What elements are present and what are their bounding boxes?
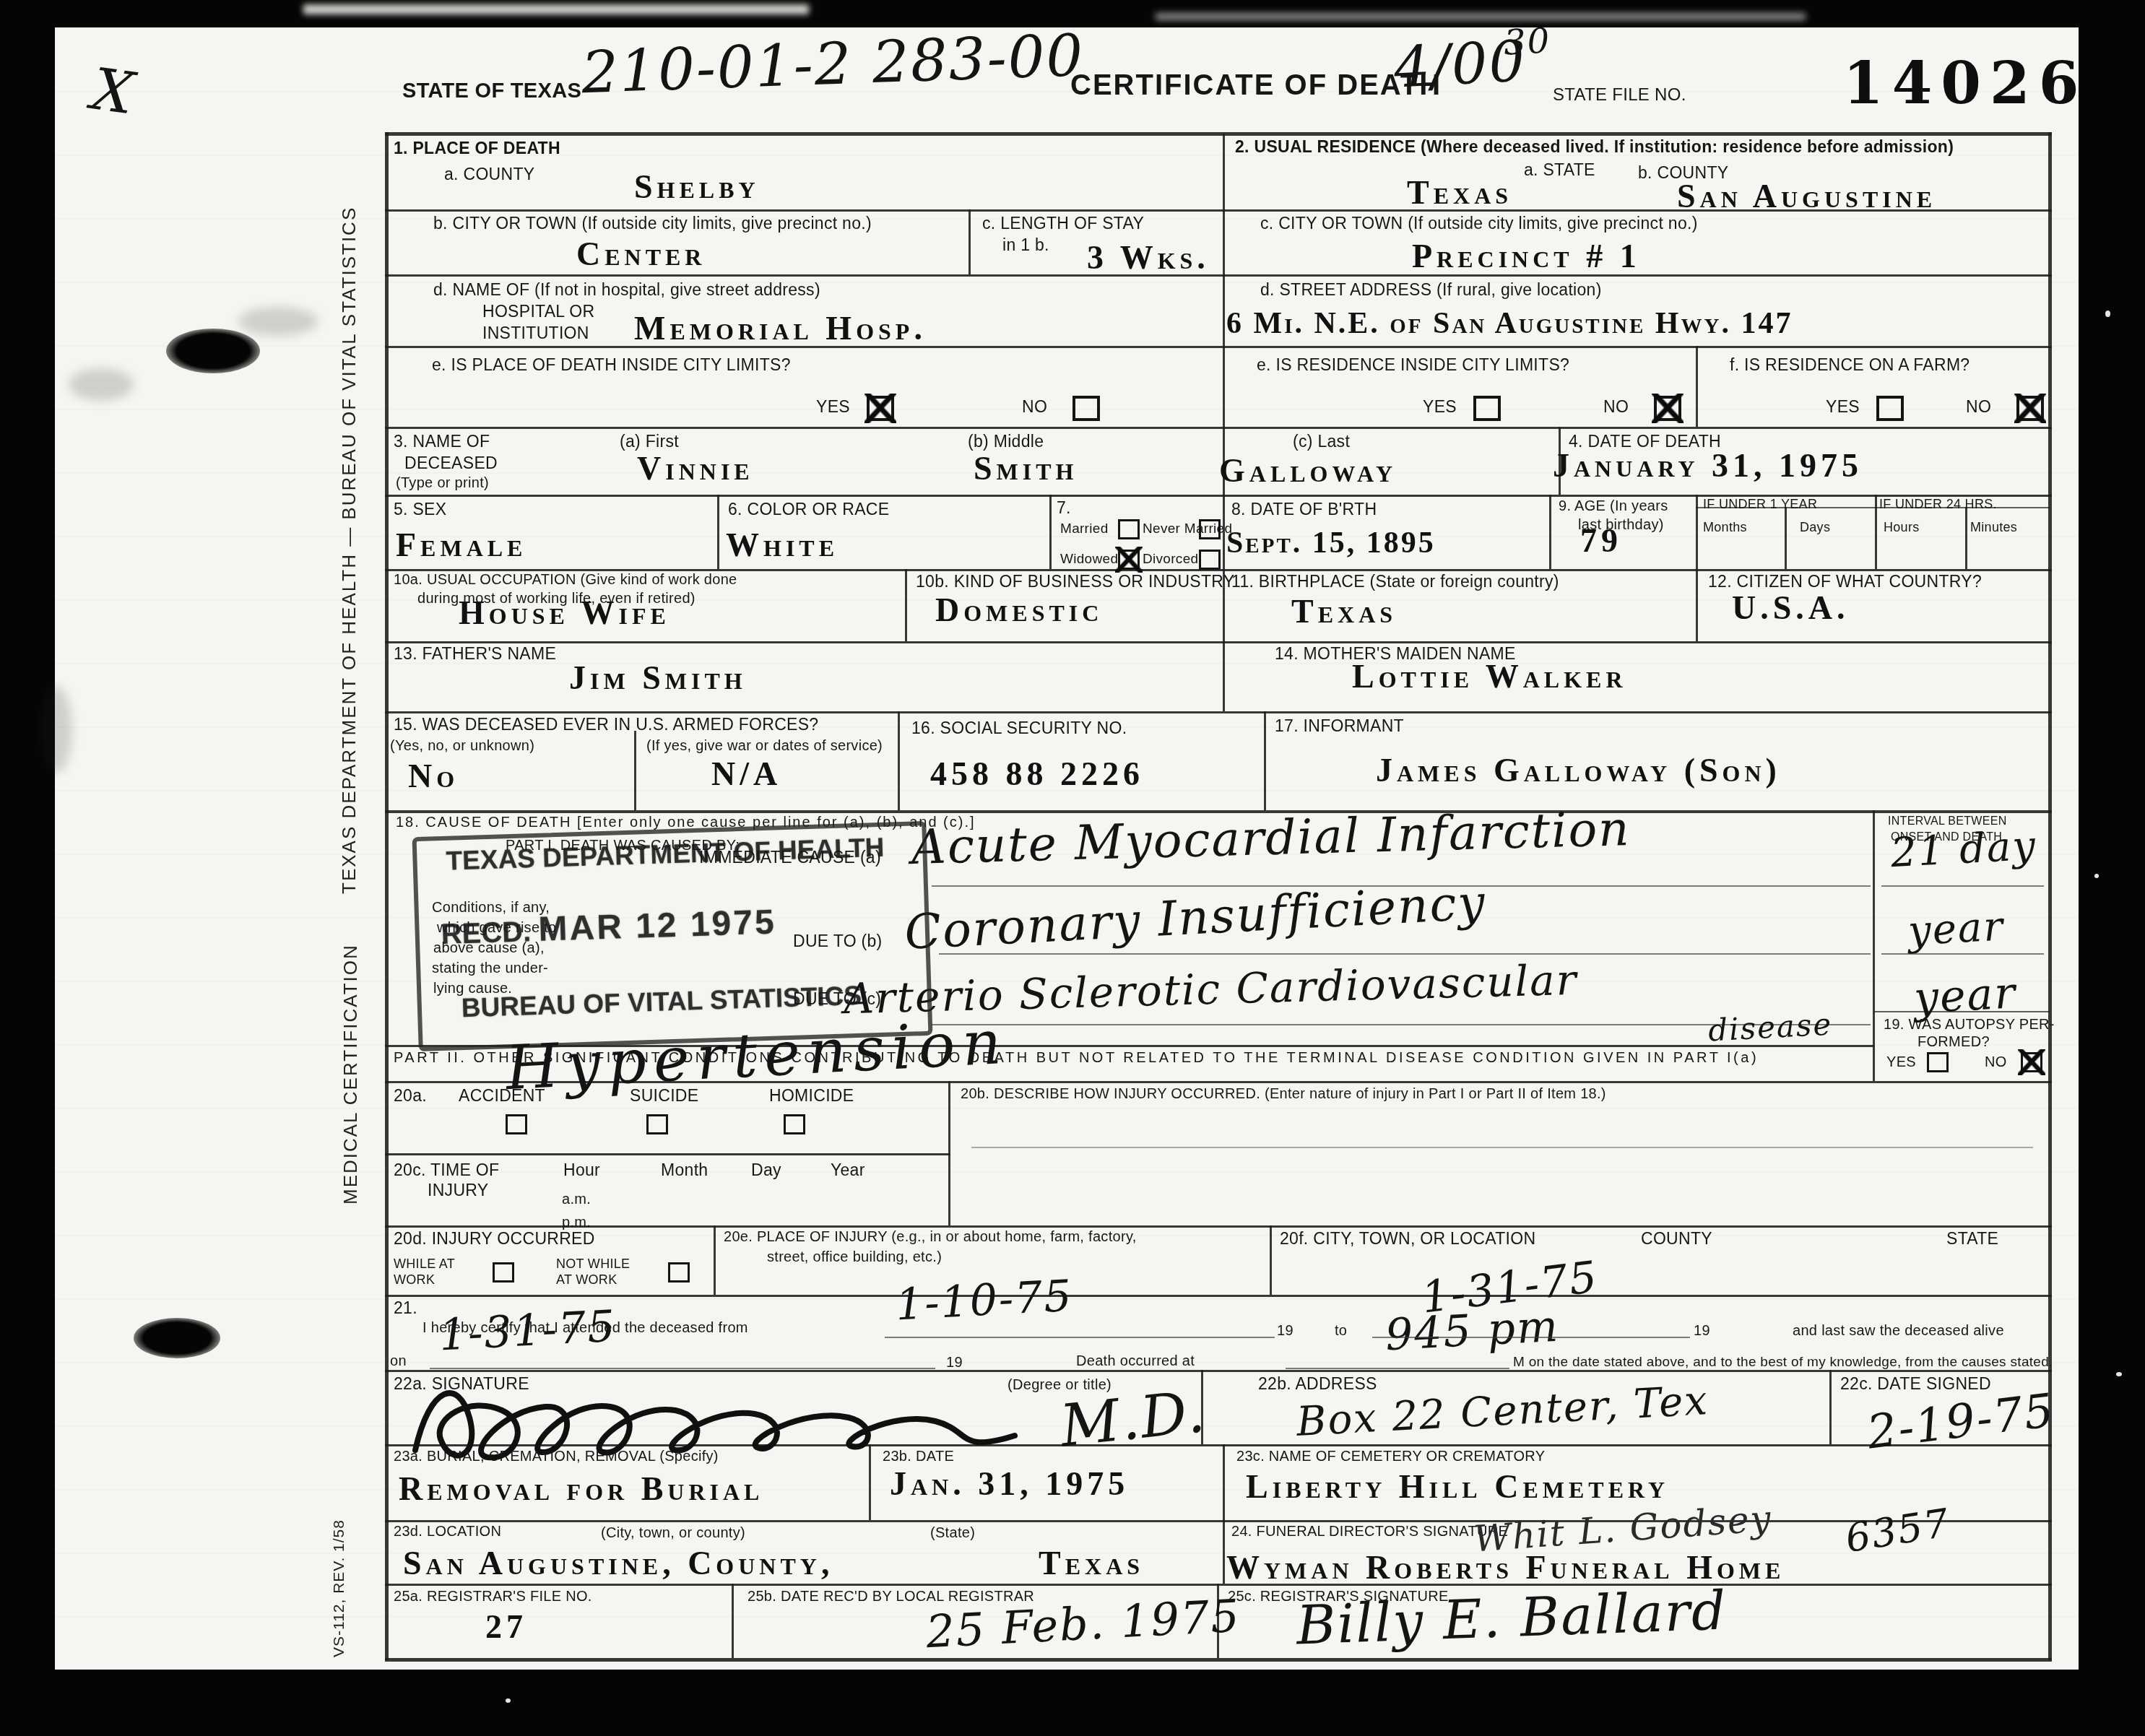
armed-forces-sub1: (Yes, no, or unknown) — [390, 738, 534, 755]
business-industry-label: 10b. KIND OF BUSINESS OR INDUSTRY — [916, 572, 1234, 591]
interval-a-handwritten: 21 day — [1889, 823, 2037, 877]
if-under-24-hrs-label: IF UNDER 24 HRS. — [1879, 497, 1997, 511]
am-label: a.m. — [562, 1192, 591, 1208]
day-label: Day — [751, 1160, 781, 1180]
smudge — [40, 686, 72, 773]
no-label: NO — [1985, 1054, 2007, 1071]
residence-city-limits-yes-checkbox — [1473, 396, 1501, 421]
residence-county-value: San Augustine — [1677, 177, 1936, 215]
physician-address-label: 22b. ADDRESS — [1258, 1374, 1377, 1394]
handwritten-fee-superscript: 30 — [1503, 20, 1552, 63]
interval-b-handwritten: year — [1907, 903, 2005, 955]
date-of-death-value: January 31, 1975 — [1553, 446, 1863, 485]
punch-hole — [166, 329, 260, 373]
suicide-label: SUICIDE — [630, 1086, 698, 1106]
not-while-at-work-checkbox — [668, 1262, 690, 1283]
first-name-value: Vinnie — [637, 449, 754, 487]
certificate-title: CERTIFICATE OF DEATH — [1070, 69, 1442, 102]
informant-value: James Galloway (Son) — [1376, 751, 1781, 789]
cemetery-label: 23c. NAME OF CEMETERY OR CREMATORY — [1236, 1449, 1545, 1465]
residence-city-limits-no-checkbox — [1654, 396, 1681, 421]
minutes-label: Minutes — [1970, 520, 2017, 534]
mother-name-value: Lottie Walker — [1352, 657, 1627, 695]
place-of-injury-label2: street, office building, etc.) — [767, 1249, 942, 1266]
smudge — [69, 368, 134, 401]
state-of-texas-label: STATE OF TEXAS — [402, 79, 581, 103]
residence-farm-yes-checkbox — [1876, 396, 1904, 421]
married-checkbox — [1118, 519, 1140, 539]
state-file-number: 14026 — [1843, 49, 2087, 117]
not-while-at-work-label1: NOT WHILE — [556, 1257, 630, 1271]
registrar-file-no-value: 27 — [485, 1607, 527, 1646]
autopsy-label1: 19. WAS AUTOPSY PER- — [1884, 1017, 2055, 1033]
attended-from-handwritten: 1-10-75 — [894, 1271, 1074, 1331]
armed-forces-service-value: N/A — [711, 755, 781, 793]
last-name-label: (c) Last — [1293, 432, 1350, 451]
location-sublabel2: (State) — [930, 1525, 975, 1542]
length-of-stay-label: c. LENGTH OF STAY — [982, 214, 1144, 233]
street-address-label: d. STREET ADDRESS (If rural, give locati… — [1260, 280, 1602, 300]
autopsy-no-checkbox — [2021, 1052, 2042, 1072]
scan-speck — [2105, 311, 2110, 317]
homicide-label: HOMICIDE — [769, 1086, 854, 1106]
sex-value: Female — [396, 526, 526, 564]
stamp-line1: TEXAS DEPARTMENT OF HEALTH — [446, 833, 885, 877]
registrar-file-no-label: 25a. REGISTRAR'S FILE NO. — [394, 1589, 592, 1605]
married-label: Married — [1060, 521, 1109, 537]
yes-label: YES — [1826, 397, 1860, 417]
interval-c-handwritten: year — [1912, 968, 2017, 1023]
autopsy-yes-checkbox — [1927, 1052, 1949, 1072]
street-address-value: 6 Mi. N.E. of San Augustine Hwy. 147 — [1226, 306, 1793, 341]
ssn-label: 16. SOCIAL SECURITY NO. — [911, 719, 1127, 738]
scan-streak — [303, 4, 809, 14]
location-value: San Augustine, County, — [403, 1544, 833, 1582]
state-file-no-label: STATE FILE NO. — [1553, 85, 1686, 105]
hospital-value: Memorial Hosp. — [634, 309, 927, 347]
while-at-work-checkbox — [493, 1262, 514, 1283]
accident-checkbox — [506, 1114, 527, 1134]
county-value: Shelby — [634, 168, 760, 206]
scan-speck — [2094, 874, 2099, 878]
form-number-label: VS-112, REV. 1/58 — [331, 1519, 348, 1657]
age-value: 79 — [1580, 521, 1622, 560]
residence-farm-label: f. IS RESIDENCE ON A FARM? — [1730, 355, 1969, 375]
year-label: Year — [831, 1160, 865, 1180]
time-of-death-handwritten: 945 pm — [1384, 1301, 1560, 1361]
residence-city-limits-label: e. IS RESIDENCE INSIDE CITY LIMITS? — [1257, 355, 1569, 375]
place-city-limits-label: e. IS PLACE OF DEATH INSIDE CITY LIMITS? — [432, 355, 791, 375]
margin-department-label: TEXAS DEPARTMENT OF HEALTH — BUREAU OF V… — [338, 207, 360, 894]
father-name-value: Jim Smith — [569, 659, 747, 697]
certify-to: to — [1335, 1323, 1347, 1340]
burial-date-value: Jan. 31, 1975 — [890, 1464, 1129, 1503]
residence-farm-no-checkbox — [2016, 396, 2044, 421]
accident-label: ACCIDENT — [459, 1086, 545, 1106]
cause-c-handwritten-2: disease — [1707, 1007, 1834, 1049]
funeral-director-label: 24. FUNERAL DIRECTOR'S SIGNATURE — [1231, 1524, 1508, 1540]
margin-medical-certification-label: MEDICAL CERTIFICATION — [339, 944, 362, 1205]
smudge — [238, 307, 318, 336]
hospital-label2: HOSPITAL OR — [482, 302, 594, 321]
citizen-value: U.S.A. — [1732, 589, 1850, 627]
certify-19b: 19 — [1694, 1323, 1710, 1340]
scanned-death-certificate: X TEXAS DEPARTMENT OF HEALTH — BUREAU OF… — [0, 0, 2145, 1736]
homicide-checkbox — [784, 1114, 805, 1134]
place-of-injury-label1: 20e. PLACE OF INJURY (e.g., in or about … — [724, 1229, 1137, 1246]
age-label1: 9. AGE (In years — [1559, 498, 1668, 515]
business-industry-value: Domestic — [935, 591, 1103, 629]
scan-speck — [2116, 1372, 2122, 1376]
no-label: NO — [1603, 397, 1629, 417]
hospital-label3: INSTITUTION — [482, 324, 589, 343]
marital-status-label: 7. — [1057, 498, 1071, 518]
hospital-label: d. NAME OF (If not in hospital, give str… — [433, 280, 820, 300]
widowed-checkbox — [1118, 550, 1140, 570]
months-label: Months — [1703, 520, 1747, 534]
name-of-deceased-label3: (Type or print) — [396, 475, 489, 492]
scan-edge-bottom — [0, 1670, 2145, 1736]
city-town-value: Center — [576, 235, 706, 273]
section2-title: 2. USUAL RESIDENCE (Where deceased lived… — [1235, 137, 1954, 157]
yes-label: YES — [816, 397, 850, 417]
widowed-label: Widowed — [1060, 552, 1118, 568]
burial-removal-value: Removal for Burial — [399, 1470, 763, 1508]
scan-edge-left — [0, 0, 55, 1736]
armed-forces-label: 15. WAS DECEASED EVER IN U.S. ARMED FORC… — [394, 715, 818, 734]
20a-label: 20a. — [394, 1086, 427, 1106]
if-under-1-year-label: IF UNDER 1 YEAR — [1703, 497, 1817, 511]
stamp-recd: RECD. — [441, 916, 532, 951]
while-at-work-label2: WORK — [394, 1272, 435, 1287]
armed-forces-value: No — [408, 757, 459, 795]
death-occurred-at-label: Death occurred at — [1076, 1353, 1195, 1370]
residence-city-value: Precinct # 1 — [1412, 237, 1641, 275]
divorced-checkbox — [1199, 550, 1221, 570]
suicide-checkbox — [646, 1114, 668, 1134]
city-town-label: b. CITY OR TOWN (If outside city limits,… — [433, 214, 872, 233]
scan-streak — [1156, 13, 1806, 20]
length-of-stay-sublabel: in 1 b. — [1002, 235, 1049, 255]
time-of-injury-label1: 20c. TIME OF — [394, 1160, 499, 1180]
middle-name-value: Smith — [974, 449, 1078, 487]
yes-label: YES — [1886, 1054, 1916, 1071]
name-of-deceased-label1: 3. NAME OF — [394, 432, 490, 451]
residence-state-value: Texas — [1407, 173, 1512, 212]
occupation-label: 10a. USUAL OCCUPATION (Give kind of work… — [394, 572, 737, 589]
certify-text-4: M on the date stated above, and to the b… — [1513, 1355, 2053, 1371]
informant-label: 17. INFORMANT — [1275, 716, 1404, 736]
last-seen-date-handwritten: 1-31-75 — [438, 1301, 617, 1361]
no-label: NO — [1022, 397, 1047, 417]
hours-label: Hours — [1884, 520, 1920, 534]
injury-county-label: COUNTY — [1641, 1229, 1712, 1249]
divorced-label: Divorced — [1143, 552, 1198, 568]
autopsy-label2: FORMED? — [1917, 1034, 1990, 1051]
injury-state-label: STATE — [1946, 1229, 1998, 1249]
color-race-label: 6. COLOR OR RACE — [728, 500, 889, 519]
burial-removal-label: 23a. BURIAL, CREMATION, REMOVAL (Specify… — [394, 1449, 719, 1465]
never-married-checkbox — [1199, 519, 1221, 539]
father-name-label: 13. FATHER'S NAME — [394, 644, 556, 664]
certify-number: 21. — [394, 1298, 417, 1318]
location-sublabel1: (City, town, or county) — [601, 1525, 745, 1542]
place-city-limits-yes-checkbox — [867, 396, 894, 421]
injury-city-label: 20f. CITY, TOWN, OR LOCATION — [1280, 1229, 1535, 1249]
location-state-value: Texas — [1039, 1544, 1144, 1582]
section1-title: 1. PLACE OF DEATH — [394, 139, 560, 158]
injury-occurred-label: 20d. INJURY OCCURRED — [394, 1229, 595, 1249]
birthplace-label: 11. BIRTHPLACE (State or foreign country… — [1231, 572, 1559, 591]
month-label: Month — [661, 1160, 708, 1180]
middle-name-label: (b) Middle — [968, 432, 1044, 451]
scan-edge-right — [2079, 0, 2145, 1736]
certify-text-2: and last saw the deceased alive — [1793, 1323, 2004, 1340]
first-name-label: (a) First — [620, 432, 679, 451]
no-label: NO — [1966, 397, 1991, 417]
color-race-value: White — [726, 526, 838, 564]
residence-city-label: c. CITY OR TOWN (If outside city limits,… — [1260, 214, 1698, 233]
residence-state-label: a. STATE — [1524, 160, 1595, 180]
stamp-date: MAR 12 1975 — [538, 902, 777, 949]
time-of-injury-label2: INJURY — [428, 1181, 488, 1200]
occupation-value: House Wife — [459, 594, 670, 632]
location-label: 23d. LOCATION — [394, 1524, 501, 1540]
county-label: a. COUNTY — [444, 165, 534, 184]
while-at-work-label1: WHILE AT — [394, 1257, 455, 1271]
place-city-limits-no-checkbox — [1072, 396, 1100, 421]
date-signed-label: 22c. DATE SIGNED — [1840, 1374, 1991, 1394]
days-label: Days — [1800, 520, 1830, 534]
name-of-deceased-label2: DECEASED — [404, 453, 498, 473]
armed-forces-sub2: (If yes, give war or dates of service) — [646, 738, 883, 755]
hour-label: Hour — [563, 1160, 600, 1180]
date-of-birth-value: Sept. 15, 1895 — [1226, 526, 1436, 560]
length-of-stay-value: 3 Wks. — [1087, 238, 1210, 277]
birthplace-value: Texas — [1291, 592, 1397, 630]
certify-19a: 19 — [1277, 1323, 1293, 1340]
burial-date-label: 23b. DATE — [883, 1449, 954, 1465]
cemetery-value: Liberty Hill Cemetery — [1246, 1467, 1669, 1506]
not-while-at-work-label2: AT WORK — [556, 1272, 617, 1287]
last-name-value: Galloway — [1219, 451, 1397, 490]
ssn-value: 458 88 2226 — [930, 755, 1144, 793]
describe-injury-label: 20b. DESCRIBE HOW INJURY OCCURRED. (Ente… — [961, 1086, 1606, 1103]
punch-hole — [134, 1318, 220, 1358]
scan-speck — [506, 1698, 511, 1703]
sex-label: 5. SEX — [394, 500, 446, 519]
yes-label: YES — [1423, 397, 1457, 417]
date-of-birth-label: 8. DATE OF B'RTH — [1231, 500, 1377, 519]
